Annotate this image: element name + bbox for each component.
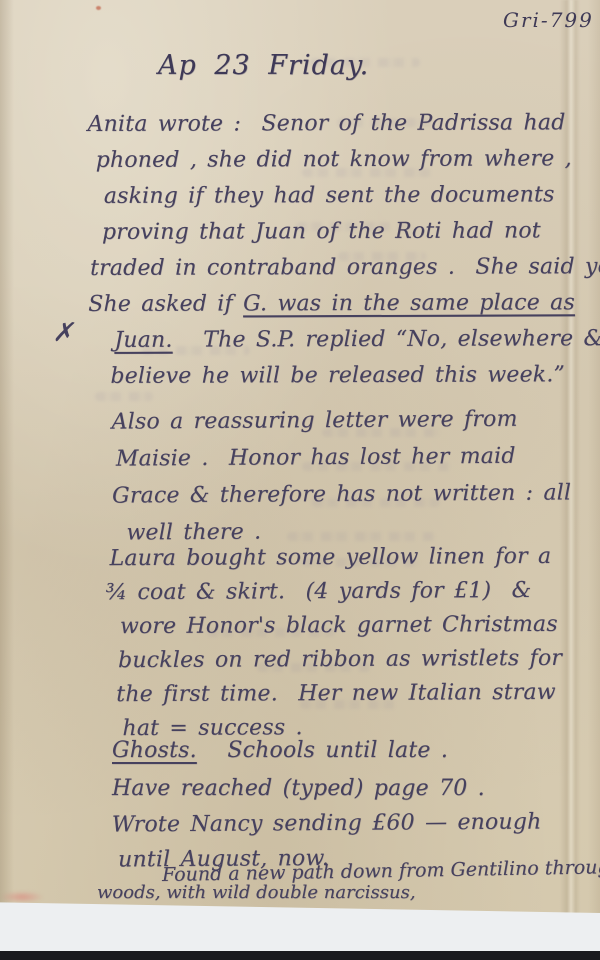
text-segment: Also a reassuring letter were from xyxy=(112,407,518,435)
text-segment: Grace & therefore has not written : all xyxy=(112,480,571,508)
text-segment: Have reached (typed) page 70 . xyxy=(112,776,485,801)
handwritten-line: wore Honor's black garnet Christmas xyxy=(120,608,562,644)
handwritten-line: Anita wrote : Senor of the Padrissa had xyxy=(87,105,600,143)
handwritten-line: Juan. The S.P. replied “No, elsewhere & … xyxy=(114,321,600,359)
handwritten-line: ¾ coat & skirt. (4 yards for £1) & xyxy=(106,574,562,610)
diary-paragraph-ghosts: Ghosts. Schools until late .Have reached… xyxy=(112,732,485,808)
diary-paragraph-maisie: Also a reassuring letter were fromMaisie… xyxy=(111,400,571,551)
handwritten-line: believe he will be released this week.” xyxy=(110,357,600,395)
handwriting-layer: Gri-799 Ap 23 Friday. ✗ Anita wrote : Se… xyxy=(0,0,600,918)
scanner-dark-bar xyxy=(0,951,600,960)
text-segment: The S.P. replied “No, elsewhere & I xyxy=(173,326,600,353)
text-segment: Wrote Nancy sending £60 — enough xyxy=(112,810,542,838)
text-segment: wore Honor's black garnet Christmas xyxy=(120,612,558,639)
text-segment: Maisie . Honor has lost her maid xyxy=(116,444,516,472)
margin-x-mark: ✗ xyxy=(51,318,79,348)
handwritten-line: Laura bought some yellow linen for a xyxy=(109,540,561,576)
text-segment: phoned , she did not know from where , xyxy=(96,146,572,173)
text-segment: traded in contraband oranges . She said … xyxy=(90,254,600,281)
text-segment: Laura bought some yellow linen for a xyxy=(109,544,551,571)
text-segment: proving that Juan of the Roti had not xyxy=(102,218,541,245)
footer-line-woods: woods, with wild double narcissus, xyxy=(97,882,416,903)
text-segment: believe he will be released this week.” xyxy=(110,362,565,389)
handwritten-line: buckles on red ribbon as wristlets for xyxy=(118,642,562,678)
text-segment: Anita wrote : Senor of the Padrissa had xyxy=(88,110,566,137)
handwritten-line: She asked if G. was in the same place as xyxy=(88,285,600,323)
diary-paragraph-anita: Anita wrote : Senor of the Padrissa hadp… xyxy=(87,105,600,395)
handwritten-line: Have reached (typed) page 70 . xyxy=(112,770,485,808)
handwritten-line: Grace & therefore has not written : all xyxy=(112,474,571,514)
handwritten-line: Ghosts. Schools until late . xyxy=(112,732,485,770)
handwritten-line: proving that Juan of the Roti had not xyxy=(102,213,600,251)
text-segment: asking if they had sent the documents xyxy=(104,182,555,209)
text-segment: the first time. Her new Italian straw xyxy=(116,680,556,707)
text-segment: buckles on red ribbon as wristlets for xyxy=(118,646,562,673)
handwritten-line: Maisie . Honor has lost her maid xyxy=(116,437,571,477)
catalog-number: Gri-799 xyxy=(503,8,594,32)
text-segment: ¾ coat & skirt. (4 yards for £1) & xyxy=(106,578,532,605)
scanned-diary-page: Gri-799 Ap 23 Friday. ✗ Anita wrote : Se… xyxy=(0,0,600,960)
handwritten-line: Also a reassuring letter were from xyxy=(111,400,570,440)
handwritten-line: asking if they had sent the documents xyxy=(104,177,600,215)
diary-paragraph-laura: Laura bought some yellow linen for a¾ co… xyxy=(109,540,562,746)
handwritten-line: the first time. Her new Italian straw xyxy=(116,676,562,712)
handwritten-line: traded in contraband oranges . She said … xyxy=(90,249,600,287)
manuscript-paper: Gri-799 Ap 23 Friday. ✗ Anita wrote : Se… xyxy=(0,0,600,918)
underlined-text: Juan. xyxy=(114,328,172,353)
text-segment: Schools until late . xyxy=(197,738,448,763)
underlined-text: G. was in the same place as xyxy=(243,290,575,316)
text-segment: She asked if xyxy=(88,291,243,317)
handwritten-line: phoned , she did not know from where , xyxy=(96,141,600,179)
date-heading: Ap 23 Friday. xyxy=(158,50,369,81)
underlined-text: Ghosts. xyxy=(112,738,197,763)
handwritten-line: Wrote Nancy sending £60 — enough xyxy=(112,805,542,843)
